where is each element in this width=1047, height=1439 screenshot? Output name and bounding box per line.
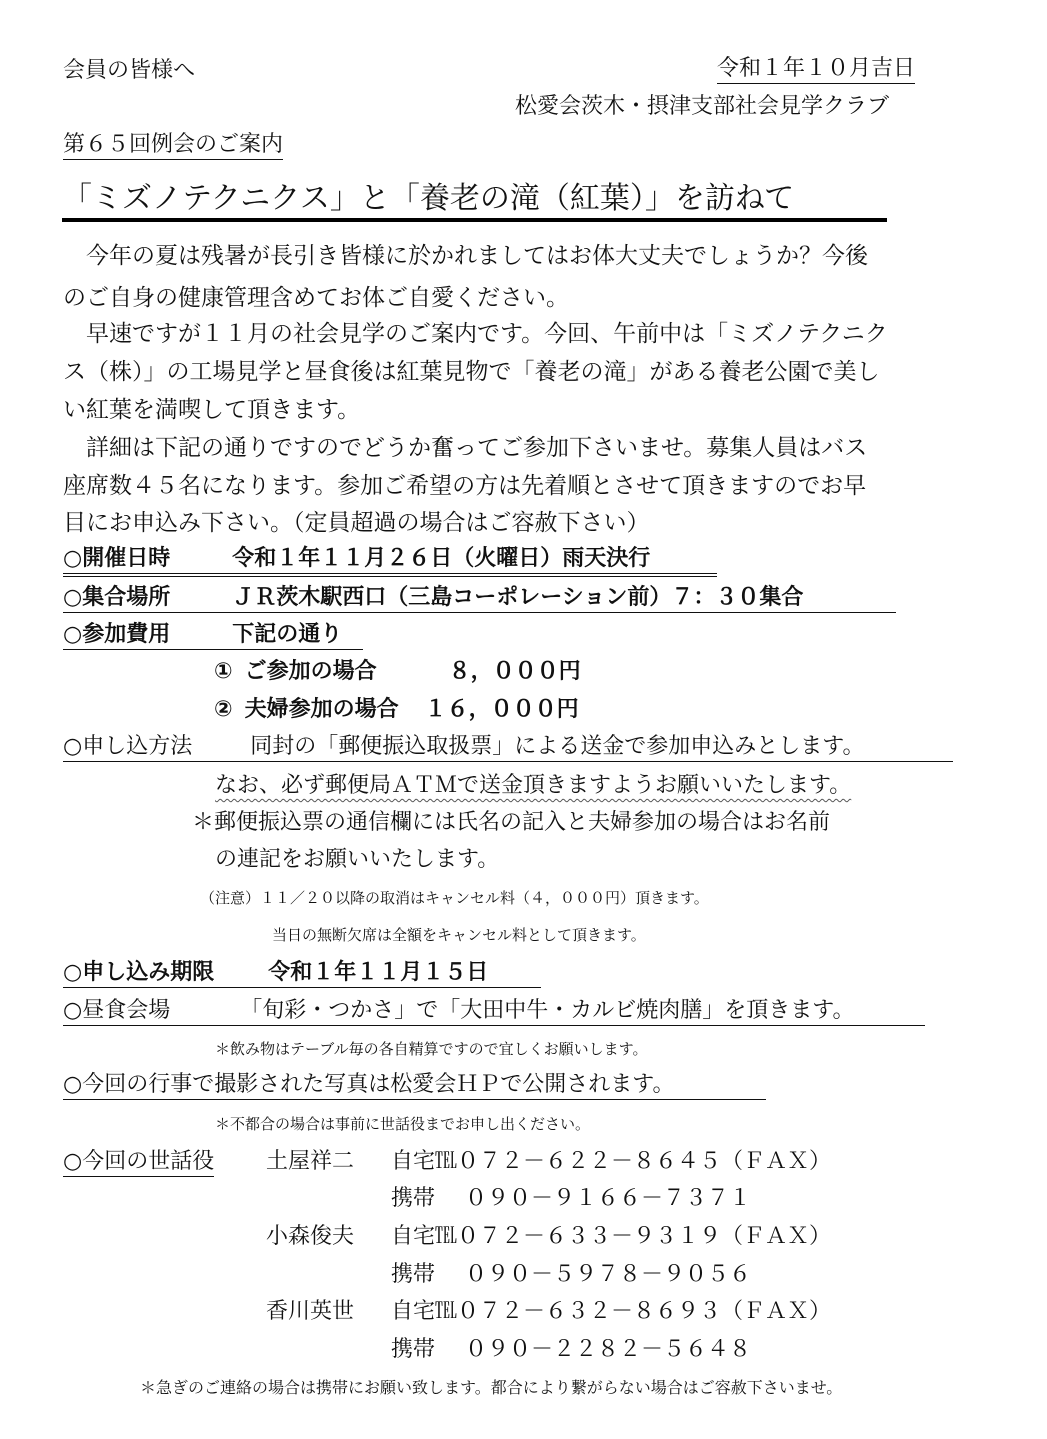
form-note-2: の連記をお願いいたします。	[215, 849, 499, 871]
fee-label: ○参加費用	[63, 622, 170, 647]
mobile-label: 携帯	[391, 1262, 435, 1287]
intro-line: のご自身の健康管理含めてお体ご自愛ください。	[63, 287, 569, 310]
page-title: 「ミズノテクニクス」と「養老の滝（紅葉）」を訪ねて	[62, 184, 887, 222]
issue-date: 令和１年１０月吉日	[717, 58, 915, 84]
home-phone-number: ０７２－６３２－８６９３（ＦＡＸ）	[457, 1299, 831, 1324]
fee-item-marker: ①	[214, 659, 233, 684]
organizer-mobile: 携帯０９０－２２８２－５６４８	[391, 1339, 751, 1361]
lunch-row: ○昼食会場「旬彩・つかさ」で「大田中牛・カルビ焼肉膳」を頂きます。	[63, 1000, 925, 1026]
meeting-place-row: ○集合場所ＪＲ茨木駅西口（三島コーポレーション前）７：３０集合	[63, 587, 896, 613]
deadline-row: ○申し込み期限令和１年１１月１５日	[63, 962, 541, 988]
intro-line: い紅葉を満喫して頂きます。	[63, 399, 360, 422]
event-date-label: ○開催日時	[63, 546, 170, 571]
application-label: ○申し込方法	[63, 734, 192, 759]
mobile-number: ０９０－９１６６－７３７１	[465, 1186, 751, 1211]
footer-note: ＊急ぎのご連絡の場合は携帯にお願い致します。都合により繋がらない場合はご容赦下さ…	[140, 1380, 842, 1396]
organizer-name: 香川英世	[266, 1301, 354, 1323]
fee-item-label: ご参加の場合	[245, 659, 377, 684]
deadline-label: ○申し込み期限	[63, 960, 214, 985]
application-value: 同封の「郵便振込取扱票」による送金で参加申込みとします。	[250, 734, 864, 759]
fee-item-single: ①ご参加の場合８，０００円	[214, 661, 581, 683]
intro-line: 座席数４５名になります。参加ご希望の方は先着順とさせて頂きますのでお早	[63, 475, 866, 498]
event-date-value: 令和１年１１月２６日（火曜日）雨天決行	[232, 546, 650, 571]
fee-item-label: 夫婦参加の場合	[245, 697, 399, 722]
fee-item-amount: １６，０００円	[425, 697, 579, 722]
organizer-home-phone: 自宅℡０７２－６３３－９３１９（ＦＡＸ）	[391, 1226, 831, 1248]
mobile-label: 携帯	[391, 1186, 435, 1211]
organizer-home-phone: 自宅℡０７２－６２２－８６４５（ＦＡＸ）	[391, 1151, 831, 1173]
mobile-label: 携帯	[391, 1337, 435, 1362]
organizer-mobile: 携帯０９０－９１６６－７３７１	[391, 1188, 751, 1210]
intro-line: 今年の夏は残暑が長引き皆様に於かれましてはお体大丈夫でしょうか？今後	[86, 245, 868, 268]
intro-line: 詳細は下記の通りですのでどうか奮ってご参加下さいませ。募集人員はバス	[86, 437, 867, 460]
organization-name: 松愛会茨木・摂津支部社会見学クラブ	[515, 96, 889, 118]
photos-notice: ○今回の行事で撮影された写真は松愛会ＨＰで公開されます。	[63, 1074, 766, 1100]
cancel-caution: （注意）１１／２０以降の取消はキャンセル料（４，０００円）頂きます。	[200, 891, 709, 906]
meeting-place-label: ○集合場所	[63, 585, 170, 610]
home-phone-number: ０７２－６２２－８６４５（ＦＡＸ）	[457, 1149, 831, 1174]
home-phone-label: 自宅℡	[391, 1149, 457, 1174]
photos-note: ＊不都合の場合は事前に世話役までお申し出ください。	[215, 1117, 590, 1132]
organizer-name: 小森俊夫	[266, 1226, 354, 1248]
deadline-value: 令和１年１１月１５日	[268, 960, 488, 985]
event-date-row: ○開催日時令和１年１１月２６日（火曜日）雨天決行	[63, 548, 717, 577]
atm-note: なお、必ず郵便局ＡＴＭで送金頂きますようお願いいたします。	[215, 775, 851, 797]
organizers-label: ○今回の世話役	[63, 1151, 214, 1177]
home-phone-number: ０７２－６３３－９３１９（ＦＡＸ）	[457, 1224, 831, 1249]
meeting-place-value: ＪＲ茨木駅西口（三島コーポレーション前）７：３０集合	[232, 585, 803, 610]
fee-item-amount: ８，０００円	[449, 659, 581, 684]
fee-value: 下記の通り	[232, 622, 342, 647]
application-row: ○申し込方法同封の「郵便振込取扱票」による送金で参加申込みとします。	[63, 736, 953, 762]
fee-item-couple: ②夫婦参加の場合１６，０００円	[214, 699, 579, 721]
organizer-name: 土屋祥二	[266, 1151, 354, 1173]
home-phone-label: 自宅℡	[391, 1224, 457, 1249]
intro-line: ス（株）」の工場見学と昼食後は紅葉見物で「養老の滝」がある養老公園で美し	[63, 361, 880, 384]
form-note-1: ＊郵便振込票の通信欄には氏名の記入と夫婦参加の場合はお名前	[192, 812, 830, 834]
fee-row: ○参加費用下記の通り	[63, 624, 363, 650]
organizer-mobile: 携帯０９０－５９７８－９０５６	[391, 1264, 751, 1286]
lunch-label: ○昼食会場	[63, 998, 170, 1023]
home-phone-label: 自宅℡	[391, 1299, 457, 1324]
organizer-home-phone: 自宅℡０７２－６３２－８６９３（ＦＡＸ）	[391, 1301, 831, 1323]
addressee: 会員の皆様へ	[63, 60, 195, 82]
drinks-note: ＊飲み物はテーブル毎の各自精算ですので宜しくお願いします。	[215, 1042, 647, 1057]
meeting-label: 第６５回例会のご案内	[63, 134, 283, 160]
fee-item-marker: ②	[214, 697, 233, 722]
mobile-number: ０９０－２２８２－５６４８	[465, 1337, 751, 1362]
lunch-value: 「旬彩・つかさ」で「大田中牛・カルビ焼肉膳」を頂きます。	[240, 998, 854, 1023]
no-show-caution: 当日の無断欠席は全額をキャンセル料として頂きます。	[272, 928, 646, 943]
mobile-number: ０９０－５９７８－９０５６	[465, 1262, 751, 1287]
intro-line: 目にお申込み下さい。（定員超過の場合はご容赦下さい）	[63, 512, 650, 535]
intro-line: 早速ですが１１月の社会見学のご案内です。今回、午前中は「ミズノテクニク	[86, 323, 888, 346]
